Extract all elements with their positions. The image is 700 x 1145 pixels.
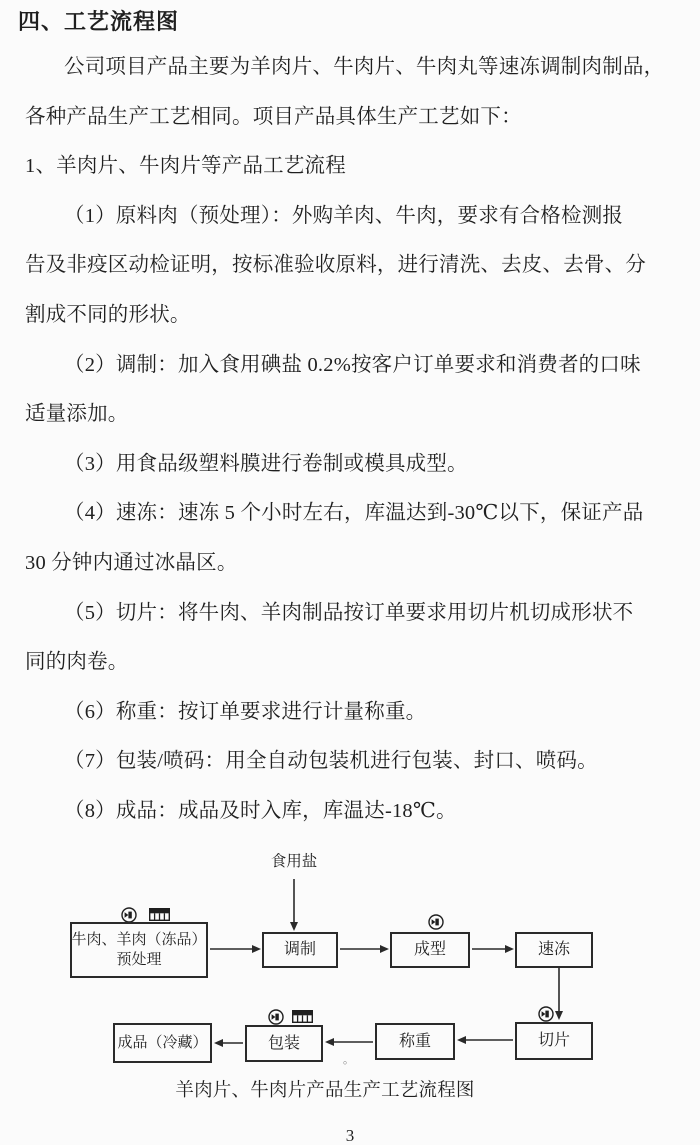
process-box-label: 成型 xyxy=(414,940,446,960)
process-box-pretreatment: 牛肉、羊肉（冻品） 预处理 xyxy=(70,922,208,978)
body-line: 公司项目产品主要为羊肉片、牛肉片、牛肉丸等速冻调制肉制品， xyxy=(64,54,664,81)
body-line: 适量添加。 xyxy=(25,401,129,428)
process-box-label: 调制 xyxy=(284,940,316,960)
process-box-label: 速冻 xyxy=(538,940,570,960)
body-line: （4）速冻：速冻 5 个小时左右，库温达到-30℃以下，保证产品 xyxy=(64,500,643,527)
process-box-form: 成型 xyxy=(390,932,470,968)
body-line: 同的肉卷。 xyxy=(25,649,129,676)
salt-input-label: 食用盐 xyxy=(258,849,330,871)
arrow-salt-to-blend xyxy=(290,879,298,931)
arrow-form-to-freeze xyxy=(472,945,514,953)
process-box-pack: 包装 xyxy=(245,1025,323,1062)
process-box-label: 切片 xyxy=(538,1031,570,1051)
process-box-label: 预处理 xyxy=(116,950,161,970)
body-line: （2）调制：加入食用碘盐 0.2%按客户订单要求和消费者的口味 xyxy=(64,352,641,379)
arrow-slice-to-weigh xyxy=(457,1036,513,1044)
body-line: 割成不同的形状。 xyxy=(25,302,191,329)
process-box-weigh: 称重 xyxy=(375,1023,455,1060)
body-line: （5）切片：将牛肉、羊肉制品按订单要求用切片机切成形状不 xyxy=(64,600,633,627)
figure-caption: 羊肉片、牛肉片产品生产工艺流程图 xyxy=(0,1076,650,1102)
body-line: （1）原料肉（预处理）：外购羊肉、牛肉，要求有合格检测报 xyxy=(64,203,623,230)
process-box-finished: 成品（冷藏） xyxy=(113,1023,212,1063)
camera-monitor-icon xyxy=(268,1009,284,1025)
arrow-pretreat-to-blend xyxy=(210,945,261,953)
body-line: 告及非疫区动检证明，按标准验收原料，进行清洗、去皮、去骨、分 xyxy=(25,252,646,279)
body-line: （3）用食品级塑料膜进行卷制或模具成型。 xyxy=(64,451,468,478)
arrow-pack-to-finished xyxy=(214,1039,243,1047)
process-flow-diagram: 食用盐 牛肉、羊肉（冻品） 预处理 调制 成型 xyxy=(0,845,700,1085)
process-box-freeze: 速冻 xyxy=(515,932,593,968)
body-line: （6）称重：按订单要求进行计量称重。 xyxy=(64,699,426,726)
document-page: 四、工艺流程图 公司项目产品主要为羊肉片、牛肉片、牛肉丸等速冻调制肉制品， 各种… xyxy=(0,0,700,1145)
body-line: 30 分钟内通过冰晶区。 xyxy=(25,550,238,577)
page-number: 3 xyxy=(0,1126,700,1145)
page-title: 四、工艺流程图 xyxy=(18,5,179,36)
process-box-blend: 调制 xyxy=(262,932,338,968)
process-box-label: 成品（冷藏） xyxy=(117,1033,207,1053)
arrow-freeze-to-slice xyxy=(555,968,563,1020)
body-line: 各种产品生产工艺相同。项目产品具体生产工艺如下： xyxy=(25,104,522,131)
arrow-weigh-to-pack xyxy=(325,1038,373,1046)
camera-monitor-icon xyxy=(121,907,137,923)
camera-monitor-icon xyxy=(428,914,444,930)
body-line: （8）成品：成品及时入库，库温达-18℃。 xyxy=(64,798,457,825)
body-line: 1、羊肉片、牛肉片等产品工艺流程 xyxy=(25,153,346,180)
process-box-label: 称重 xyxy=(399,1032,431,1052)
camera-monitor-icon xyxy=(538,1006,554,1022)
process-box-slice: 切片 xyxy=(515,1022,593,1060)
rack-icon xyxy=(292,1010,313,1023)
body-line: （7）包装/喷码：用全自动包装机进行包装、封口、喷码。 xyxy=(64,748,598,775)
stray-mark: 。 xyxy=(343,1055,354,1066)
rack-icon xyxy=(149,908,170,921)
process-box-label: 包装 xyxy=(268,1034,300,1054)
process-box-label: 牛肉、羊肉（冻品） xyxy=(72,930,207,950)
arrow-blend-to-form xyxy=(340,945,389,953)
